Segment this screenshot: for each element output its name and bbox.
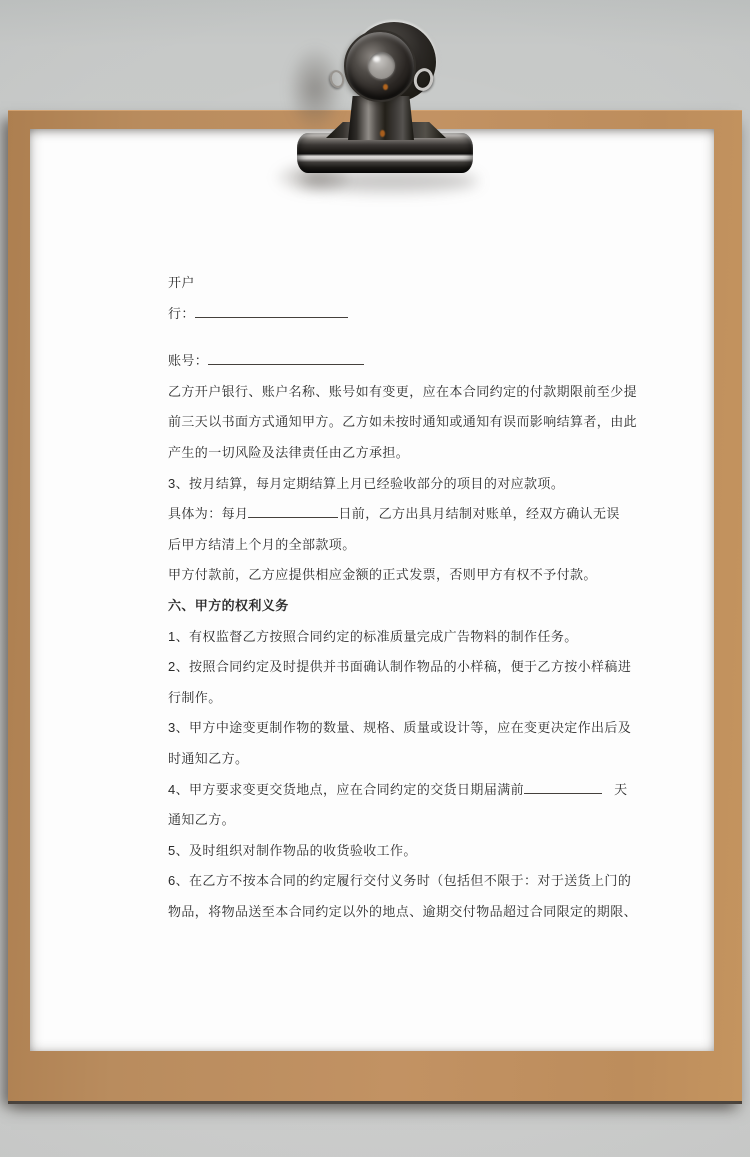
line-item3-monthly: 3、按月结算，每月定期结算上月已经验收部分的项目的对应款项。 bbox=[168, 469, 628, 500]
text-run: 时通知乙方。 bbox=[168, 751, 248, 766]
fill-in-blank bbox=[208, 352, 364, 365]
line-item6-breach-1: 6、在乙方不按本合同的约定履行交付义务时（包括但不限于：对于送货上门的 bbox=[168, 866, 628, 897]
text-run: 4、甲方要求变更交货地点，应在合同约定的交货日期届满前 bbox=[168, 782, 524, 797]
text-run: 乙方开户银行、账户名称、账号如有变更，应在本合同约定的付款期限前至少提 bbox=[168, 384, 637, 399]
line-para-change-3: 产生的一切风险及法律责任由乙方承担。 bbox=[168, 438, 628, 469]
heading-section-six: 六、甲方的权利义务 bbox=[168, 591, 628, 622]
text-run: 2、按照合同约定及时提供并书面确认制作物品的小样稿，便于乙方按小样稿进 bbox=[168, 659, 631, 674]
line-item2-sample-1: 2、按照合同约定及时提供并书面确认制作物品的小样稿，便于乙方按小样稿进 bbox=[168, 652, 628, 683]
contract-page: 开户行：账号：乙方开户银行、账户名称、账号如有变更，应在本合同约定的付款期限前至… bbox=[30, 129, 714, 1051]
line-account-number-blank: 账号： bbox=[168, 346, 628, 377]
clip-spring-circle bbox=[344, 30, 416, 102]
line-monthly-detail-2: 后甲方结清上个月的全部款项。 bbox=[168, 530, 628, 561]
line-item5-acceptance: 5、及时组织对制作物品的收货验收工作。 bbox=[168, 836, 628, 867]
line-para-change-2: 前三天以书面方式通知甲方。乙方如未按时通知或通知有误而影响结算者，由此 bbox=[168, 407, 628, 438]
text-run: 产生的一切风险及法律责任由乙方承担。 bbox=[168, 445, 409, 460]
text-run: 后甲方结清上个月的全部款项。 bbox=[168, 537, 356, 552]
text-run: 行： bbox=[168, 306, 195, 321]
text-run: 物品，将物品送至本合同约定以外的地点、逾期交付物品超过合同限定的期限、 bbox=[168, 904, 637, 919]
clip-amber-glint-upper bbox=[383, 84, 388, 90]
line-item4-delivery-2: 通知乙方。 bbox=[168, 805, 628, 836]
line-bank-blank: 行： bbox=[168, 299, 628, 330]
text-run: 通知乙方。 bbox=[168, 812, 235, 827]
text-run: 5、及时组织对制作物品的收货验收工作。 bbox=[168, 843, 417, 858]
line-item6-breach-2: 物品，将物品送至本合同约定以外的地点、逾期交付物品超过合同限定的期限、 bbox=[168, 897, 628, 928]
line-account-opening: 开户 bbox=[168, 268, 628, 299]
fill-in-blank bbox=[248, 505, 338, 518]
clip-center-hole bbox=[368, 52, 395, 79]
text-run: 1、有权监督乙方按照合同约定的标准质量完成广告物料的制作任务。 bbox=[168, 629, 578, 644]
text-run: 开户 bbox=[168, 275, 195, 290]
clip-spring-back-ring bbox=[352, 22, 436, 102]
text-run: 天 bbox=[602, 782, 627, 797]
text-run: 具体为：每月 bbox=[168, 506, 248, 521]
text-run: 账号： bbox=[168, 353, 208, 368]
text-run: 3、甲方中途变更制作物的数量、规格、质量或设计等，应在变更决定作出后及 bbox=[168, 720, 631, 735]
text-run: 甲方付款前，乙方应提供相应金额的正式发票，否则甲方有权不予付款。 bbox=[168, 567, 597, 582]
line-monthly-detail-1: 具体为：每月日前，乙方出具月结制对账单，经双方确认无误 bbox=[168, 499, 628, 530]
line-item2-sample-2: 行制作。 bbox=[168, 683, 628, 714]
line-item3-change-1: 3、甲方中途变更制作物的数量、规格、质量或设计等，应在变更决定作出后及 bbox=[168, 713, 628, 744]
text-run: 6、在乙方不按本合同的约定履行交付义务时（包括但不限于：对于送货上门的 bbox=[168, 873, 631, 888]
line-item4-delivery-1: 4、甲方要求变更交货地点，应在合同约定的交货日期届满前 天 bbox=[168, 775, 628, 806]
line-item1-supervise: 1、有权监督乙方按照合同约定的标准质量完成广告物料的制作任务。 bbox=[168, 622, 628, 653]
fill-in-blank bbox=[195, 305, 348, 318]
text-run: 前三天以书面方式通知甲方。乙方如未按时通知或通知有误而影响结算者，由此 bbox=[168, 414, 637, 429]
line-item3-change-2: 时通知乙方。 bbox=[168, 744, 628, 775]
clip-wire-hook-left bbox=[328, 69, 346, 90]
text-run: 行制作。 bbox=[168, 690, 222, 705]
text-run: 六、甲方的权利义务 bbox=[168, 598, 289, 613]
clip-hole-highlight bbox=[373, 56, 380, 62]
line-invoice: 甲方付款前，乙方应提供相应金额的正式发票，否则甲方有权不予付款。 bbox=[168, 560, 628, 591]
document-body: 开户行：账号：乙方开户银行、账户名称、账号如有变更，应在本合同约定的付款期限前至… bbox=[168, 268, 628, 927]
text-run: 日前，乙方出具月结制对账单，经双方确认无误 bbox=[338, 506, 619, 521]
text-run: 3、按月结算，每月定期结算上月已经验收部分的项目的对应款项。 bbox=[168, 476, 564, 491]
clip-wire-hook-right bbox=[411, 66, 436, 93]
line-para-change-1: 乙方开户银行、账户名称、账号如有变更，应在本合同约定的付款期限前至少提 bbox=[168, 377, 628, 408]
fill-in-blank bbox=[524, 781, 602, 794]
